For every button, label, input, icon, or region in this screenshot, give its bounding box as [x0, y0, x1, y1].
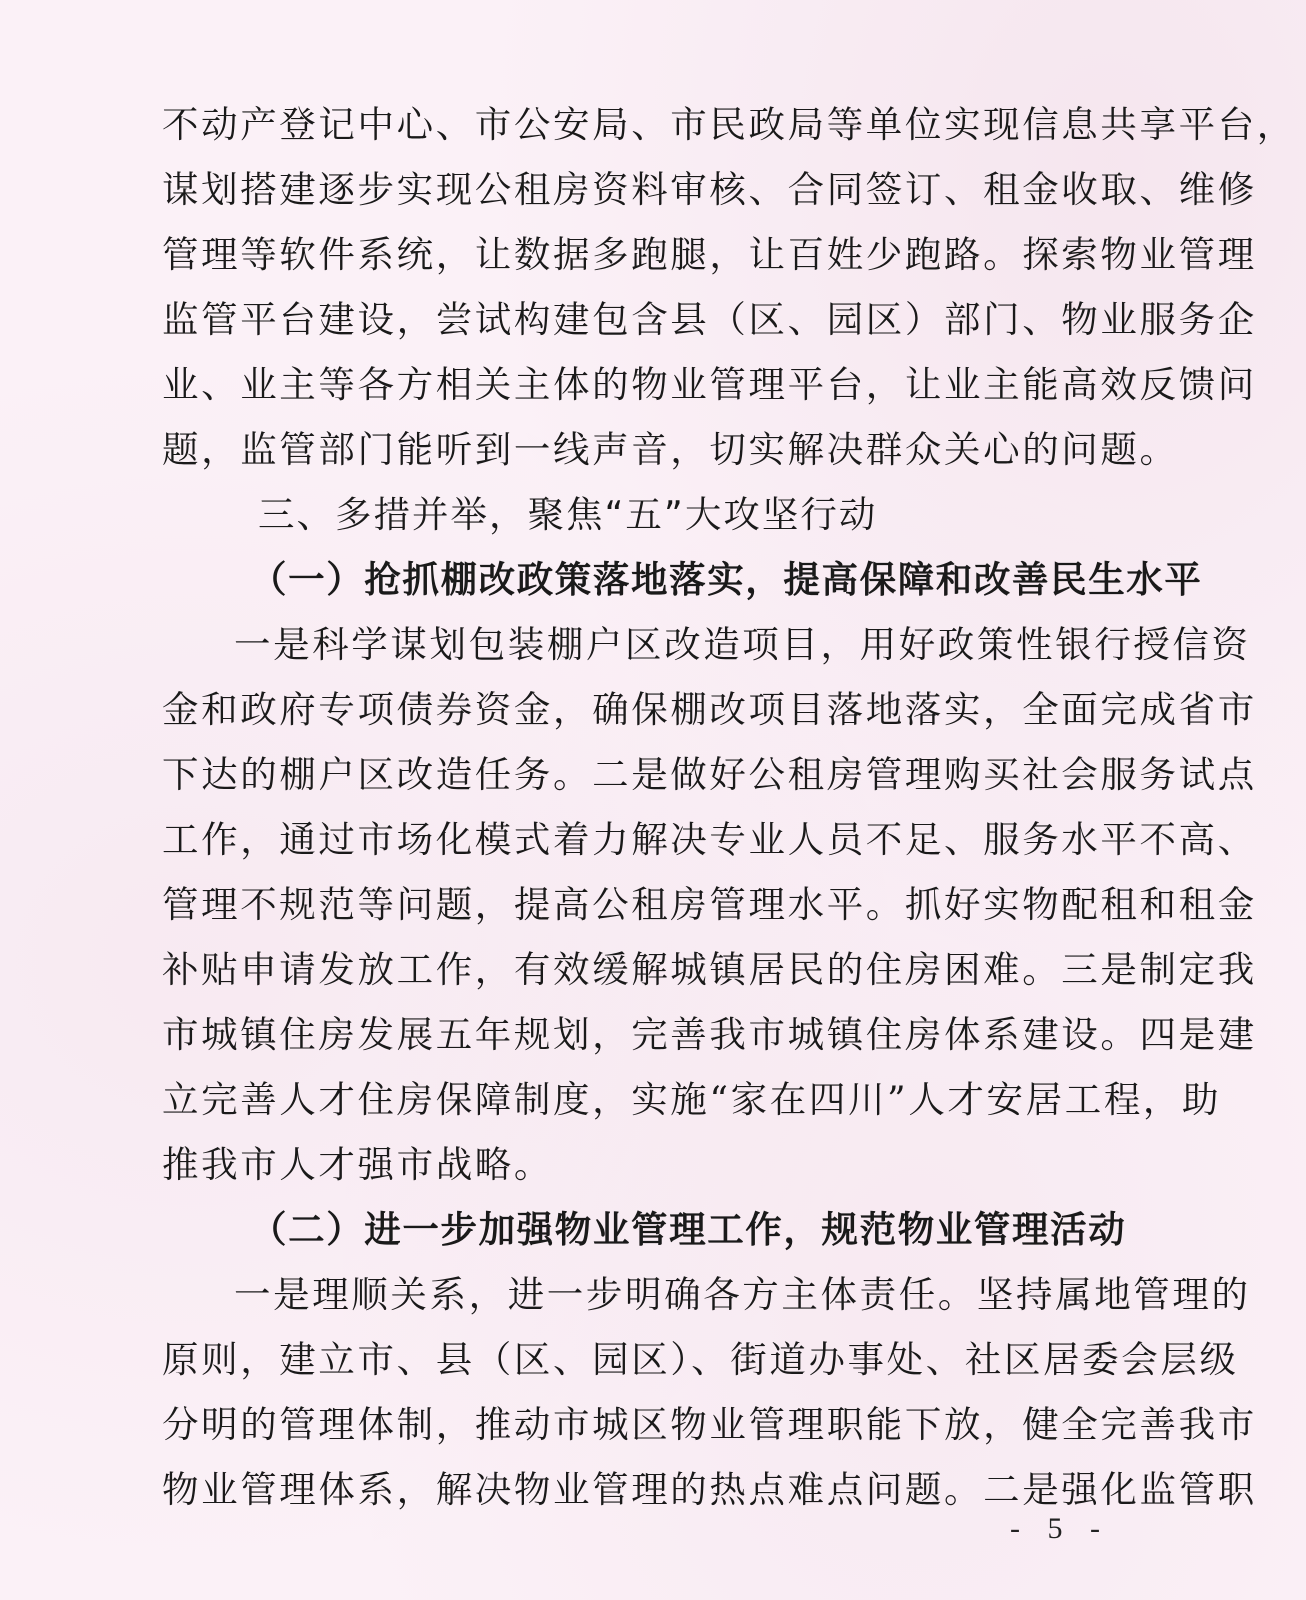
text-line: 补贴申请发放工作，有效缓解城镇居民的住房困难。三是制定我: [162, 937, 1152, 1002]
text-line: 一是科学谋划包装棚户区改造项目，用好政策性银行授信资: [162, 612, 1152, 677]
text-line: 市城镇住房发展五年规划，完善我市城镇住房体系建设。四是建: [162, 1002, 1152, 1067]
text-line: 题，监管部门能听到一线声音，切实解决群众关心的问题。: [162, 417, 1152, 482]
text-line: 下达的棚户区改造任务。二是做好公租房管理购买社会服务试点: [162, 742, 1152, 807]
text-line: 金和政府专项债券资金，确保棚改项目落地落实，全面完成省市: [162, 677, 1152, 742]
text-line: 业、业主等各方相关主体的物业管理平台，让业主能高效反馈问: [162, 352, 1152, 417]
subsection-heading-2: （二）进一步加强物业管理工作，规范物业管理活动: [162, 1197, 1152, 1262]
section-heading: 三、多措并举，聚焦“五”大攻坚行动: [162, 482, 1152, 547]
text-line: 推我市人才强市战略。: [162, 1132, 1152, 1197]
text-line: 管理不规范等问题，提高公租房管理水平。抓好实物配租和租金: [162, 872, 1152, 937]
text-line: 管理等软件系统，让数据多跑腿，让百姓少跑路。探索物业管理: [162, 222, 1152, 287]
document-page: 不动产登记中心、市公安局、市民政局等单位实现信息共享平台， 谋划搭建逐步实现公租…: [162, 92, 1152, 1522]
subsection-1-paragraph: 一是科学谋划包装棚户区改造项目，用好政策性银行授信资 金和政府专项债券资金，确保…: [162, 612, 1152, 1197]
text-line: 一是理顺关系，进一步明确各方主体责任。坚持属地管理的: [162, 1262, 1152, 1327]
subsection-2-paragraph: 一是理顺关系，进一步明确各方主体责任。坚持属地管理的 原则，建立市、县（区、园区…: [162, 1262, 1152, 1522]
text-line: 谋划搭建逐步实现公租房资料审核、合同签订、租金收取、维修: [162, 157, 1152, 222]
text-line: 分明的管理体制，推动市城区物业管理职能下放，健全完善我市: [162, 1392, 1152, 1457]
text-line: 工作，通过市场化模式着力解决专业人员不足、服务水平不高、: [162, 807, 1152, 872]
page-number: - 5 -: [1010, 1512, 1110, 1546]
text-line: 监管平台建设，尝试构建包含县（区、园区）部门、物业服务企: [162, 287, 1152, 352]
continuation-paragraph: 不动产登记中心、市公安局、市民政局等单位实现信息共享平台， 谋划搭建逐步实现公租…: [162, 92, 1152, 482]
text-line: 不动产登记中心、市公安局、市民政局等单位实现信息共享平台，: [162, 92, 1152, 157]
text-line: 物业管理体系，解决物业管理的热点难点问题。二是强化监管职: [162, 1457, 1152, 1522]
text-line: 立完善人才住房保障制度，实施“家在四川”人才安居工程，助: [162, 1067, 1152, 1132]
subsection-heading-1: （一）抢抓棚改政策落地落实，提高保障和改善民生水平: [162, 547, 1152, 612]
text-line: 原则，建立市、县（区、园区）、街道办事处、社区居委会层级: [162, 1327, 1152, 1392]
